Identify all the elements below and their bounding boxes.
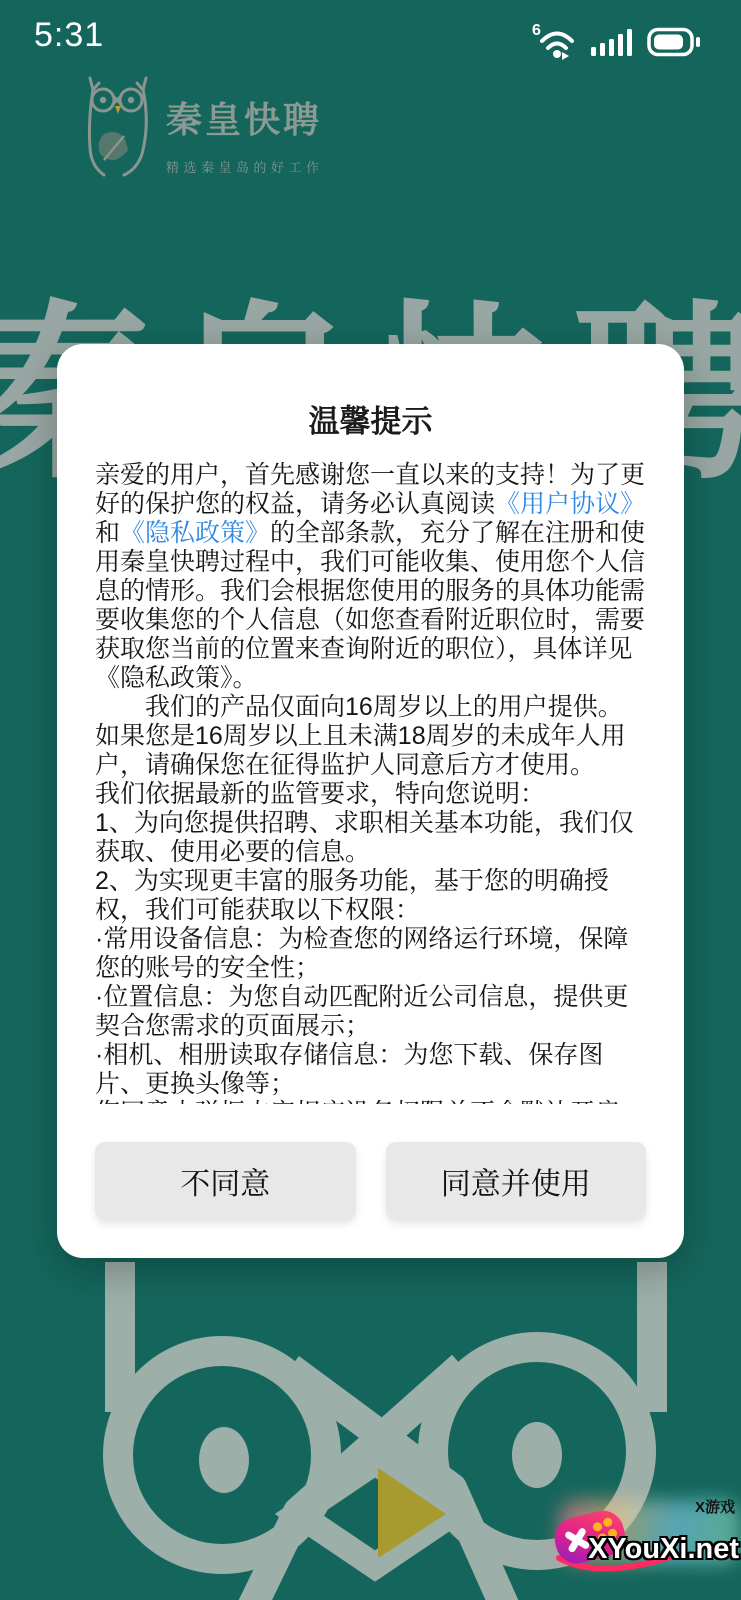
battery-icon	[647, 26, 701, 58]
disagree-button[interactable]: 不同意	[95, 1142, 356, 1220]
privacy-paragraph: 您同意本弹框内容相应设备权限并不会默认开启，我	[95, 1099, 646, 1104]
logo-title: 秦皇快聘	[166, 92, 324, 143]
privacy-paragraph: 我们依据最新的监管要求，特向您说明：	[95, 780, 646, 809]
signal-icon	[591, 27, 637, 57]
privacy-paragraph: ·位置信息：为您自动匹配附近公司信息，提供更契合您需求的页面展示；	[95, 983, 646, 1041]
dialog-title: 温馨提示	[57, 396, 684, 441]
logo-subtitle: 精选秦皇岛的好工作	[166, 157, 324, 176]
status-time: 5:31	[34, 16, 104, 55]
privacy-paragraph: ·相机、相册读取存储信息：为您下载、保存图片、更换头像等；	[95, 1041, 646, 1099]
privacy-paragraph: 2、为实现更丰富的服务功能，基于您的明确授权，我们可能获取以下权限：	[95, 867, 646, 925]
svg-text:6: 6	[532, 22, 541, 39]
privacy-paragraph: 亲爱的用户，首先感谢您一直以来的支持！为了更好的保护您的权益，请务必认真阅读《用…	[95, 461, 646, 693]
dialog-buttons: 不同意 同意并使用	[95, 1142, 646, 1220]
app-screen: 秦皇快聘 5:31 6	[0, 0, 741, 1600]
policy-link[interactable]: 《隐私政策》	[120, 519, 270, 547]
privacy-dialog: 温馨提示 亲爱的用户，首先感谢您一直以来的支持！为了更好的保护您的权益，请务必认…	[57, 344, 684, 1258]
watermark-badge: X游戏	[695, 1496, 735, 1517]
logo-text: 秦皇快聘 精选秦皇岛的好工作	[166, 76, 324, 180]
status-icons: 6	[531, 20, 701, 64]
status-bar: 5:31 6	[0, 0, 741, 70]
logo-beak	[115, 106, 121, 114]
wifi-icon: 6	[531, 20, 581, 64]
owl-logo-icon	[82, 76, 154, 180]
policy-link[interactable]: 《用户协议》	[495, 490, 645, 518]
privacy-paragraph: ·常用设备信息：为检查您的网络运行环境，保障您的账号的安全性；	[95, 925, 646, 983]
watermark-site-name: XYouXi.net	[588, 1533, 739, 1566]
privacy-text[interactable]: 亲爱的用户，首先感谢您一直以来的支持！为了更好的保护您的权益，请务必认真阅读《用…	[95, 461, 646, 1104]
site-watermark: X游戏 XYouXi.net	[545, 1490, 741, 1576]
agree-button[interactable]: 同意并使用	[386, 1142, 647, 1220]
privacy-paragraph: 我们的产品仅面向16周岁以上的用户提供。如果您是16周岁以上且未满18周岁的未成…	[95, 693, 646, 780]
app-logo: 秦皇快聘 精选秦皇岛的好工作	[82, 76, 324, 180]
privacy-paragraph: 1、为向您提供招聘、求职相关基本功能，我们仅获取、使用必要的信息。	[95, 809, 646, 867]
